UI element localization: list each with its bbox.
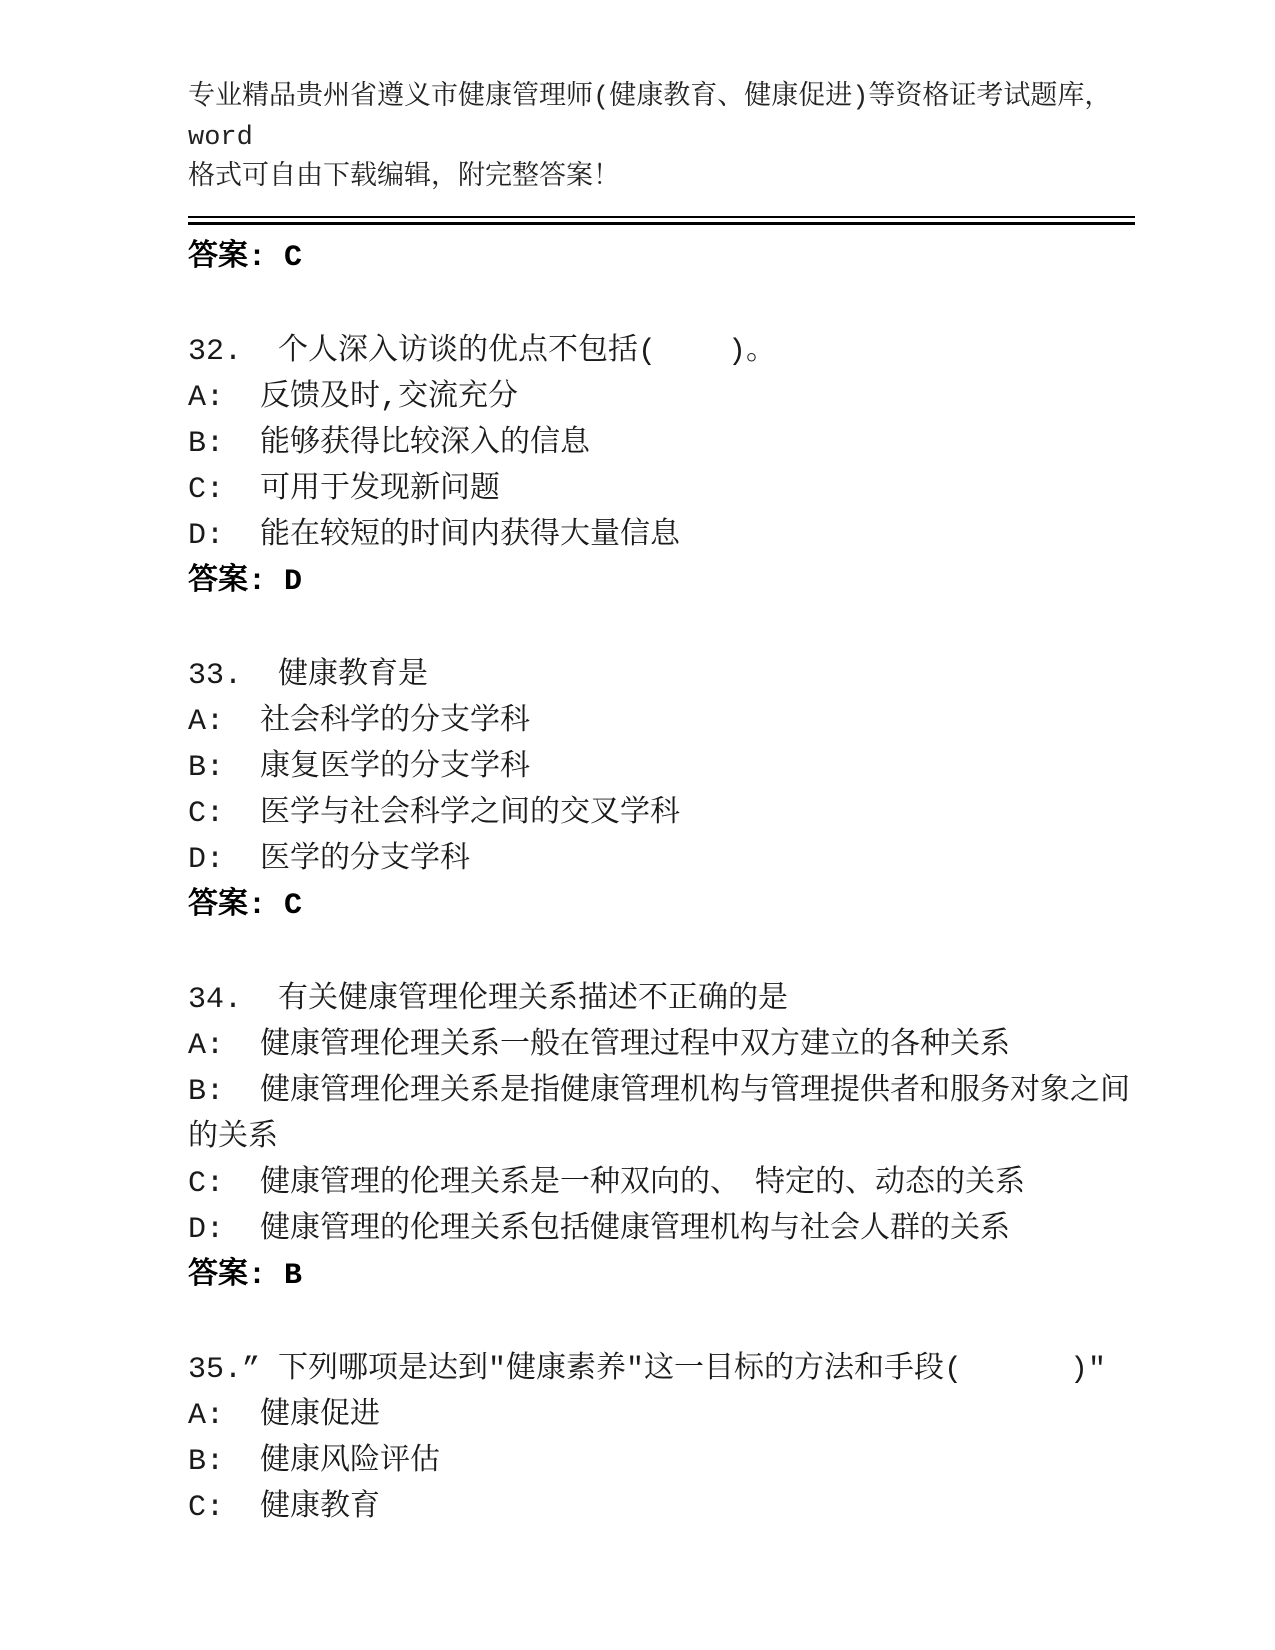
option-c: C: 医学与社会科学之间的交叉学科 bbox=[188, 791, 1135, 837]
option-b: B: 康复医学的分支学科 bbox=[188, 745, 1135, 791]
question-text: 32. 个人深入访谈的优点不包括( )。 bbox=[188, 329, 1135, 375]
option-a: A: 反馈及时,交流充分 bbox=[188, 375, 1135, 421]
option-b: B: 能够获得比较深入的信息 bbox=[188, 421, 1135, 467]
answer-line: 答案: C bbox=[188, 883, 1135, 929]
previous-question-answer-block: 答案: C bbox=[188, 235, 1135, 281]
option-d: D: 能在较短的时间内获得大量信息 bbox=[188, 513, 1135, 559]
option-b: B: 健康风险评估 bbox=[188, 1439, 1135, 1485]
header-line-2: 格式可自由下载编辑，附完整答案！ bbox=[188, 158, 1135, 198]
option-c: C: 可用于发现新问题 bbox=[188, 467, 1135, 513]
question-text: 33. 健康教育是 bbox=[188, 653, 1135, 699]
answer-line: 答案: B bbox=[188, 1253, 1135, 1299]
question-text: 35.” 下列哪项是达到"健康素养"这一目标的方法和手段( )" bbox=[188, 1347, 1135, 1393]
option-a: A: 健康促进 bbox=[188, 1393, 1135, 1439]
answer-line: 答案: D bbox=[188, 559, 1135, 605]
option-a: A: 社会科学的分支学科 bbox=[188, 699, 1135, 745]
answer-line: 答案: C bbox=[188, 235, 1135, 281]
option-d: D: 医学的分支学科 bbox=[188, 837, 1135, 883]
option-c: C: 健康教育 bbox=[188, 1485, 1135, 1531]
header-line-1: 专业精品贵州省遵义市健康管理师(健康教育、健康促进)等资格证考试题库，word bbox=[188, 78, 1135, 158]
option-c: C: 健康管理的伦理关系是一种双向的、 特定的、动态的关系 bbox=[188, 1161, 1135, 1207]
question-33-block: 33. 健康教育是 A: 社会科学的分支学科 B: 康复医学的分支学科 C: 医… bbox=[188, 653, 1135, 929]
question-34-block: 34. 有关健康管理伦理关系描述不正确的是 A: 健康管理伦理关系一般在管理过程… bbox=[188, 977, 1135, 1299]
question-35-block: 35.” 下列哪项是达到"健康素养"这一目标的方法和手段( )" A: 健康促进… bbox=[188, 1347, 1135, 1531]
option-d: D: 健康管理的伦理关系包括健康管理机构与社会人群的关系 bbox=[188, 1207, 1135, 1253]
header-divider-rule bbox=[188, 216, 1135, 225]
page-header: 专业精品贵州省遵义市健康管理师(健康教育、健康促进)等资格证考试题库，word … bbox=[188, 78, 1135, 198]
option-b: B: 健康管理伦理关系是指健康管理机构与管理提供者和服务对象之间的关系 bbox=[188, 1069, 1135, 1161]
question-32-block: 32. 个人深入访谈的优点不包括( )。 A: 反馈及时,交流充分 B: 能够获… bbox=[188, 329, 1135, 605]
option-a: A: 健康管理伦理关系一般在管理过程中双方建立的各种关系 bbox=[188, 1023, 1135, 1069]
document-page: 专业精品贵州省遵义市健康管理师(健康教育、健康促进)等资格证考试题库，word … bbox=[0, 0, 1275, 1650]
question-text: 34. 有关健康管理伦理关系描述不正确的是 bbox=[188, 977, 1135, 1023]
